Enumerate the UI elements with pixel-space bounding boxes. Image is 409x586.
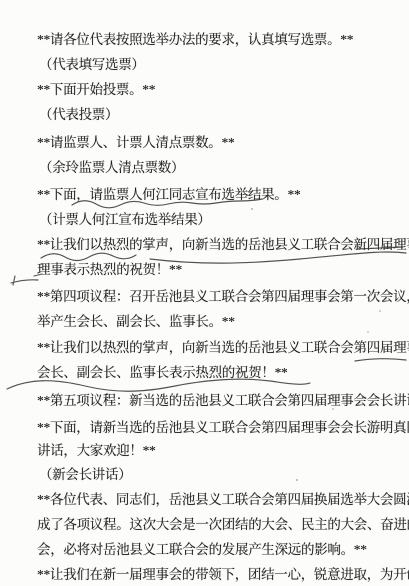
document-line: （代表填写选票） [39,57,145,72]
document-line: （代表投票） [39,107,118,122]
document-line: **请监票人、计票人清点票数。** [37,135,234,150]
scan-speck [251,208,253,210]
scanned-document-page: **请各位代表按照选举办法的要求，认真填写选票。** （代表填写选票） **下面… [0,0,409,586]
document-line: 会长、副会长、监事长表示热烈的祝贺！** [37,365,288,380]
scan-speck [379,310,381,312]
wavy-underline-annotation [41,253,136,260]
scan-speck [367,331,368,332]
scan-speck [332,408,334,410]
document-line: **让我们以热烈的掌声，向新当选的岳池县义工联合会新四届理事会 [37,237,409,252]
document-line: 举产生会长、副会长、监事长。** [37,314,235,329]
document-line: **请各位代表按照选举办法的要求，认真填写选票。** [37,32,353,47]
document-line: 讲话，大家欢迎！** [37,443,156,458]
long-wavy-underline-annotation [7,379,310,391]
straight-underline-annotation [355,359,406,361]
document-line: 成了各项议程。这次大会是一次团结的大会、民主的大会、奋进的大 [37,517,409,532]
document-line: **让我们在新一届理事会的带领下，团结一心，锐意进取，为开创岳 [37,567,409,582]
document-line: 会，必将对岳池县义工联合会的发展产生深远的影响。** [37,542,367,557]
document-line: （余玲监票人清点票数） [39,160,184,175]
long-curved-underline-annotation [150,252,406,263]
document-line: **第四项议程：召开岳池县义工联合会第四届理事会第一次会议，选 [37,289,409,304]
document-line: （新会长讲话） [39,467,131,482]
document-line: **下面，请新当选的岳池县义工联合会第四届理事会会长游明真同志 [37,420,409,435]
document-line: 理事表示热烈的祝贺！** [37,262,182,277]
document-line: **各位代表、同志们，岳池县义工联合会第四届换届选举大会圆满完 [37,492,409,507]
document-line: **让我们以热烈的掌声，向新当选的岳池县义工联合会第四届理事会 [37,340,409,355]
document-line: **第五项议程：新当选的岳池县义工联合会第四届理事会会长讲话。 [37,393,409,408]
document-line: **下面开始投票。** [37,82,155,97]
document-line: （计票人何江宣布选举结果） [39,212,211,227]
document-line: **下面，请监票人何江同志宣布选举结果。** [37,187,300,202]
scan-speck [296,479,298,481]
